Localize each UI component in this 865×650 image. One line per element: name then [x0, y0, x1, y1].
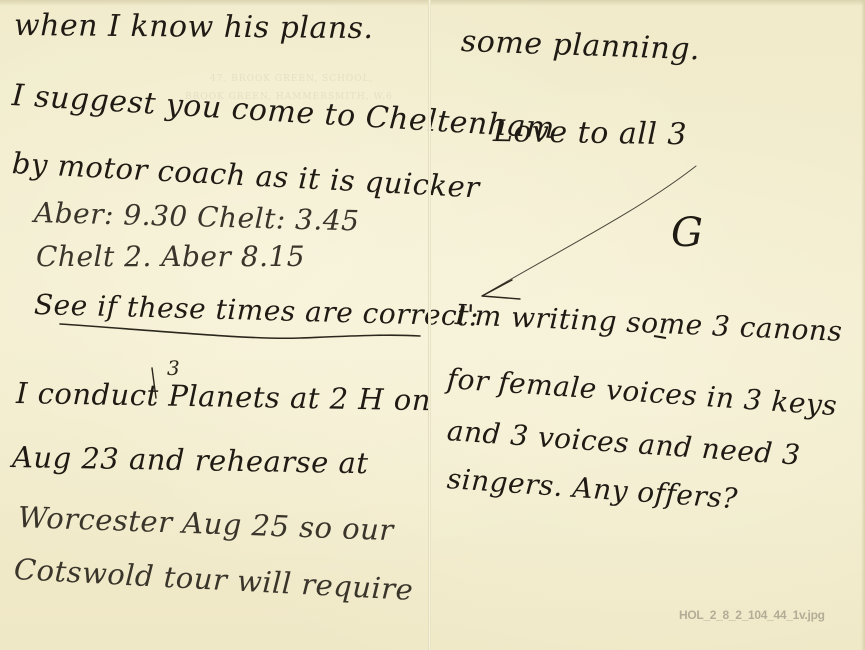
signature: G — [671, 210, 703, 256]
superscript-annotation: 3 — [167, 356, 180, 380]
letter-line: See if these times are correct: — [34, 288, 480, 333]
postscript-line: for female voices in 3 keys — [446, 362, 838, 422]
postscript-line: and 3 voices and need 3 — [446, 414, 802, 472]
letter-line: when I know his plans. — [14, 8, 374, 46]
postscript-line: singers. Any offers? — [446, 462, 739, 515]
letter-line: Aug 23 and rehearse at — [12, 440, 369, 480]
left-page: when I know his plans. I suggest you com… — [0, 0, 428, 650]
closing-line: Love to all 3 — [493, 114, 688, 152]
letter-scan: 47, BROOK GREEN, SCHOOL, BROOK GREEN, HA… — [0, 0, 865, 650]
letter-line: some planning. — [460, 24, 700, 67]
timetable-line: Chelt 2. Aber 8.15 — [36, 240, 305, 273]
letter-line: Cotswold tour will require — [13, 552, 414, 607]
filename-watermark: HOL_2_8_2_104_44_1v.jpg — [679, 607, 859, 623]
timetable-line: Aber: 9.30 Chelt: 3.45 — [34, 196, 360, 238]
letter-line: Worcester Aug 25 so our — [17, 500, 394, 547]
letter-line: I conduct Planets at 2 H on — [16, 376, 432, 417]
letter-line: by motor coach as it is quicker — [11, 146, 480, 204]
right-page: some planning. Love to all 3 I'm writing… — [431, 0, 865, 650]
postscript-line: I'm writing some 3 canons — [454, 298, 843, 348]
